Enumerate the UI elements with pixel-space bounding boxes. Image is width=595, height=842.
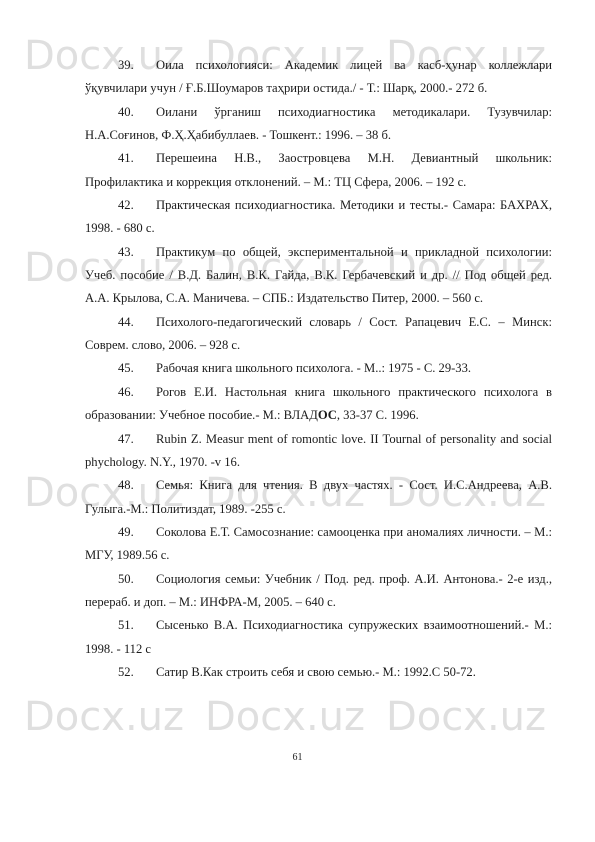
reference-text: Практикум по общей, экспериментальной и … bbox=[85, 245, 552, 306]
reference-text: , 33-37 С. 1996. bbox=[337, 408, 419, 422]
reference-text: Перешеина Н.В., Заостровцева М.Н. Девиан… bbox=[85, 151, 552, 188]
reference-number: 44. bbox=[118, 311, 156, 334]
reference-number: 50. bbox=[118, 568, 156, 591]
reference-text: Rubin Z. Measur ment of romontic love. I… bbox=[85, 432, 552, 469]
watermark: Docx.uz bbox=[386, 697, 546, 737]
reference-number: 47. bbox=[118, 428, 156, 451]
reference-number: 48. bbox=[118, 474, 156, 497]
reference-item: 49.Соколова Е.Т. Самосознание: самооценк… bbox=[85, 521, 552, 568]
reference-item: 48.Семья: Книга для чтения. В двух частя… bbox=[85, 474, 552, 521]
reference-number: 42. bbox=[118, 194, 156, 217]
reference-number: 46. bbox=[118, 381, 156, 404]
reference-item: 42.Практическая психодиагностика. Методи… bbox=[85, 194, 552, 241]
reference-number: 49. bbox=[118, 521, 156, 544]
reference-text: Психолого-педагогический словарь / Сост.… bbox=[85, 315, 552, 352]
reference-item: 43.Практикум по общей, экспериментальной… bbox=[85, 241, 552, 311]
watermark: Docx.uz bbox=[24, 697, 184, 737]
reference-item: 46.Рогов Е.И. Настольная книга школьного… bbox=[85, 381, 552, 428]
watermark-row: Docx.uz Docx.uz Docx.uz bbox=[0, 697, 595, 737]
page-number: 61 bbox=[0, 752, 595, 763]
reference-item: 51.Сысенько В.А. Психодиагностика супруж… bbox=[85, 614, 552, 661]
reference-number: 40. bbox=[118, 101, 156, 124]
reference-item: 52.Сатир В.Как строить себя и свою семью… bbox=[85, 661, 552, 684]
reference-text: Соколова Е.Т. Самосознание: самооценка п… bbox=[85, 525, 552, 562]
reference-item: 45.Рабочая книга школьного психолога. - … bbox=[85, 357, 552, 380]
reference-text-bold: ОС bbox=[318, 408, 337, 422]
reference-text: Социология семьи: Учебник / Под. ред. пр… bbox=[85, 572, 552, 609]
reference-number: 52. bbox=[118, 661, 156, 684]
reference-item: 44.Психолого-педагогический словарь / Со… bbox=[85, 311, 552, 358]
reference-item: 47.Rubin Z. Measur ment of romontic love… bbox=[85, 428, 552, 475]
reference-item: 39.Оила психологияси: Академик лицей ва … bbox=[85, 54, 552, 101]
reference-text: Оила психологияси: Академик лицей ва кас… bbox=[85, 58, 552, 95]
reference-item: 50.Социология семьи: Учебник / Под. ред.… bbox=[85, 568, 552, 615]
reference-number: 45. bbox=[118, 357, 156, 380]
reference-list: 39.Оила психологияси: Академик лицей ва … bbox=[85, 54, 552, 684]
watermark: Docx.uz bbox=[205, 697, 365, 737]
reference-number: 39. bbox=[118, 54, 156, 77]
reference-item: 41.Перешеина Н.В., Заостровцева М.Н. Дев… bbox=[85, 147, 552, 194]
reference-text: Сатир В.Как строить себя и свою семью.- … bbox=[156, 665, 476, 679]
reference-number: 51. bbox=[118, 614, 156, 637]
reference-text: Оилани ўрганиш психодиагностика методика… bbox=[85, 105, 552, 142]
reference-item: 40.Оилани ўрганиш психодиагностика метод… bbox=[85, 101, 552, 148]
reference-text: Рабочая книга школьного психолога. - М..… bbox=[156, 361, 471, 375]
reference-number: 43. bbox=[118, 241, 156, 264]
reference-number: 41. bbox=[118, 147, 156, 170]
